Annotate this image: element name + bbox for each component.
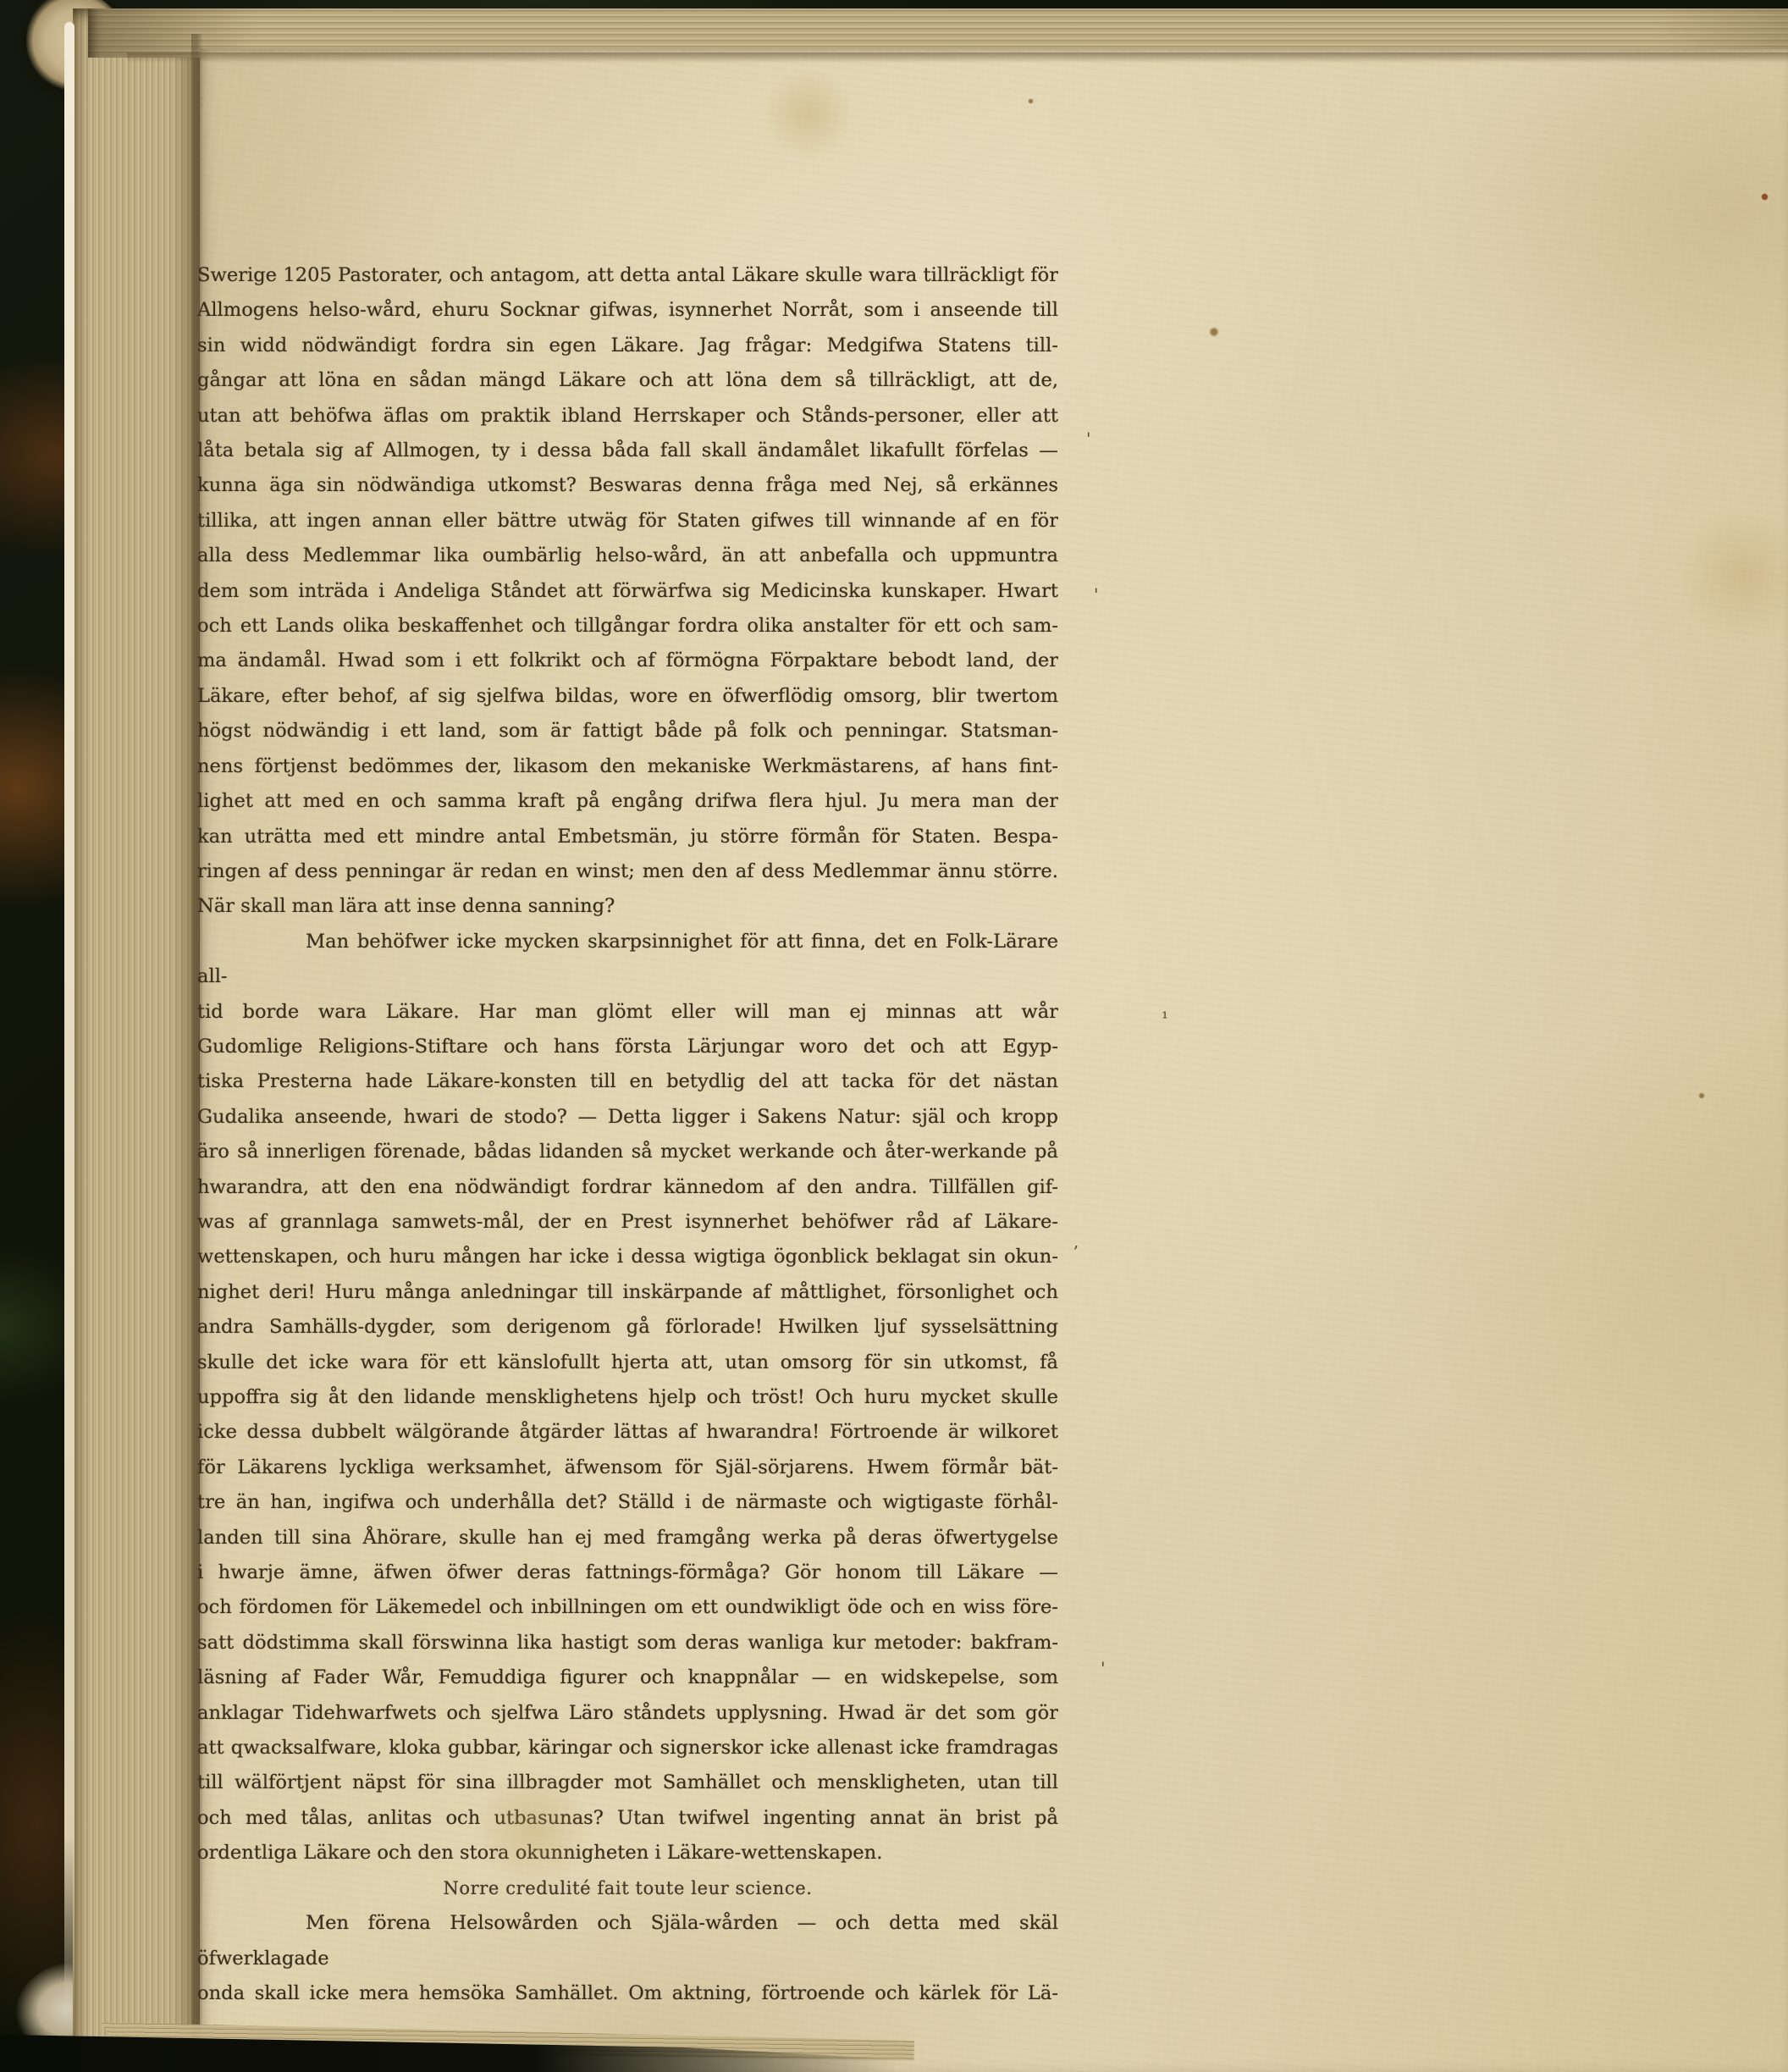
text-line: tid borde wara Läkare. Har man glömt ell…	[197, 995, 1058, 1030]
text-line: alla dess Medlemmar lika oumbärlig helso…	[197, 539, 1058, 573]
text-line: gångar att löna en sådan mängd Läkare oc…	[197, 363, 1058, 398]
text-line: sin widd nödwändigt fordra sin egen Läka…	[197, 329, 1058, 363]
text-line: ordentliga Läkare och den stora okunnigh…	[197, 1836, 1058, 1870]
text-line: nens förtjenst bedömmes der, likasom den…	[197, 749, 1058, 784]
text-line: kan uträtta med ett mindre antal Embetsm…	[197, 820, 1058, 854]
text-line: tiska Presterna hade Läkare-konsten till…	[197, 1064, 1058, 1099]
text-line: högst nödwändig i ett land, som är fatti…	[197, 714, 1058, 749]
text-line: Swerige 1205 Pastorater, och antagom, at…	[197, 258, 1058, 293]
text-line: satt dödstimma skall förswinna lika hast…	[197, 1626, 1058, 1660]
text-line: andra Samhälls-dygder, som derigenom gå …	[197, 1310, 1058, 1345]
text-line: lighet att med en och samma kraft på eng…	[197, 784, 1058, 819]
text-line: Läkare, efter behof, af sig sjelfwa bild…	[197, 679, 1058, 714]
text-line: was af grannlaga samwets-mål, der en Pre…	[197, 1205, 1058, 1240]
text-line: icke dessa dubbelt wälgörande åtgärder l…	[197, 1415, 1058, 1450]
text-line: Gudalika anseende, hwari de stodo? — Det…	[197, 1100, 1058, 1135]
text-line: nighet deri! Huru många anledningar till…	[197, 1275, 1058, 1310]
text-line: utan att behöfwa äflas om praktik ibland…	[197, 399, 1058, 434]
text-line: anklagar Tidehwarfwets och sjelfwa Läro …	[197, 1696, 1058, 1731]
text-line: låta betala sig af Allmogen, ty i dessa …	[197, 434, 1058, 468]
text-line: När skall man lära att inse denna sannin…	[197, 889, 1058, 924]
text-line: och fördomen för Läkemedel och inbillnin…	[197, 1590, 1058, 1625]
text-line: i hwarje ämne, äfwen öfwer deras fattnin…	[197, 1555, 1058, 1590]
text-line: landen till sina Åhörare, skulle han ej …	[197, 1521, 1058, 1555]
text-line: kunna äga sin nödwändiga utkomst? Beswar…	[197, 468, 1058, 503]
text-line: Men förena Helsowården och Själa-wården …	[197, 1906, 1058, 1976]
text-line: tre än han, ingifwa och underhålla det? …	[197, 1485, 1058, 1520]
french-quote-line: Norre credulité fait toute leur science.	[197, 1871, 1058, 1906]
text-line: ma ändamål. Hwad som i ett folkrikt och …	[197, 644, 1058, 678]
text-line: att qwacksalfware, kloka gubbar, käringa…	[197, 1731, 1058, 1765]
text-line: äro så innerligen förenade, bådas lidand…	[197, 1135, 1058, 1169]
page-stack-fore-edge-left	[73, 8, 200, 2058]
text-line: hwarandra, att den ena nödwändigt fordra…	[197, 1170, 1058, 1205]
text-line: och med tålas, anlitas och utbasunas? Ut…	[197, 1801, 1058, 1836]
text-line: uppoffra sig åt den lidande mensklighete…	[197, 1380, 1058, 1415]
page-top-seam	[127, 52, 1788, 63]
text-line: ringen af dess penningar är redan en win…	[197, 854, 1058, 889]
text-line: onda skall icke mera hemsöka Samhället. …	[197, 1976, 1058, 2011]
text-line: Man behöfwer icke mycken skarpsinnighet …	[197, 925, 1058, 995]
text-line: wettenskapen, och huru mången har icke i…	[197, 1240, 1058, 1274]
text-line: för Läkarens lyckliga werksamhet, äfwens…	[197, 1450, 1058, 1485]
printed-text-block: Swerige 1205 Pastorater, och antagom, at…	[197, 258, 1058, 2011]
text-line: skulle det icke wara för ett känslofullt…	[197, 1345, 1058, 1380]
text-line: och ett Lands olika beskaffenhet och til…	[197, 609, 1058, 644]
text-line: tillika, att ingen annan eller bättre ut…	[197, 504, 1058, 539]
text-line: Allmogens helso-wård, ehuru Socknar gifw…	[197, 293, 1058, 328]
scanned-book-photo: Swerige 1205 Pastorater, och antagom, at…	[0, 0, 1788, 2072]
fore-edge-highlight	[64, 22, 74, 2037]
text-line: till wälförtjent näpst för sina illbragd…	[197, 1765, 1058, 1800]
text-line: Gudomlige Religions-Stiftare och hans fö…	[197, 1030, 1058, 1064]
text-line: läsning af Fader Wår, Femuddiga figurer …	[197, 1660, 1058, 1695]
text-line: dem som inträda i Andeliga Ståndet att f…	[197, 574, 1058, 609]
